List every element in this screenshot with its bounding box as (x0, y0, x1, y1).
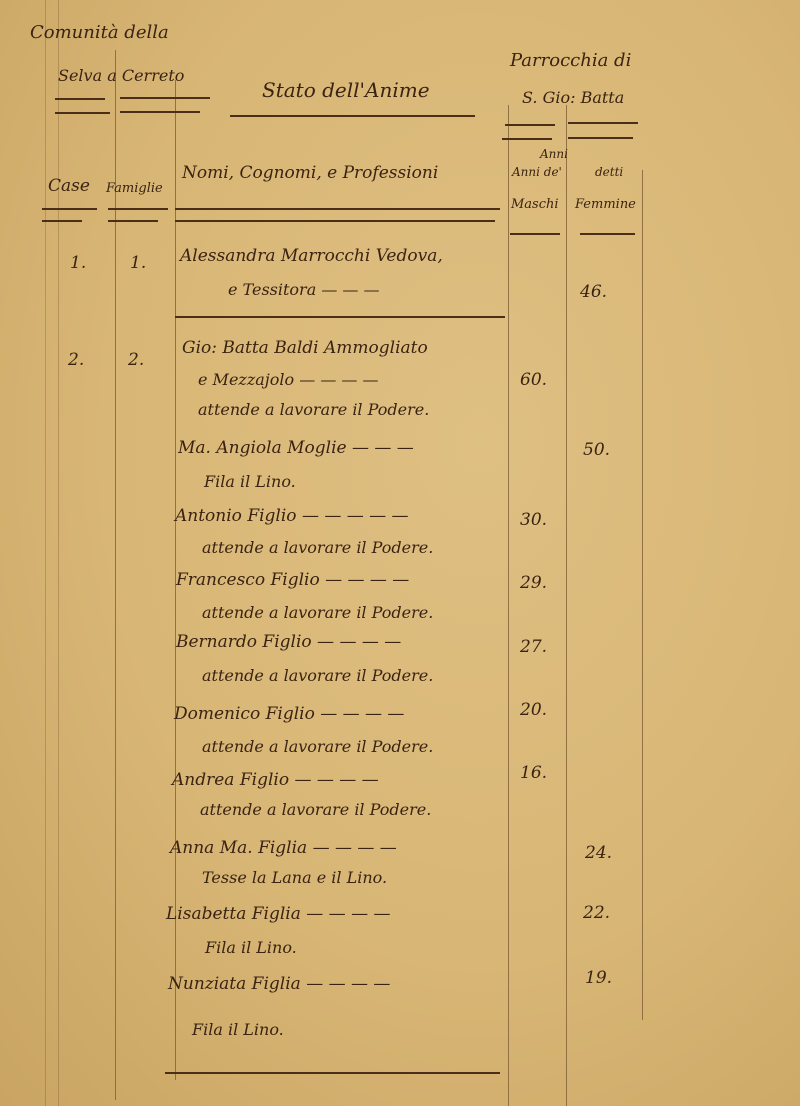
header-underline (55, 98, 105, 100)
member-detail: e Mezzajolo — — — — (198, 370, 379, 389)
member-detail: attende a lavorare il Podere. (202, 737, 433, 756)
female-age: 22. (583, 903, 610, 923)
header-underline (502, 138, 552, 140)
member-detail: Fila il Lino. (205, 938, 297, 957)
margin-rule (45, 0, 46, 1106)
community-label-line1: Comunità della (30, 22, 169, 43)
column-header-rule (175, 208, 500, 210)
house-number: 1. (70, 253, 86, 273)
male-age: 16. (520, 763, 547, 783)
female-age: 19. (585, 968, 612, 988)
member-detail: attende a lavorare il Podere. (200, 800, 431, 819)
header-underline (120, 97, 210, 99)
male-age: 20. (520, 700, 547, 720)
column-header-females: Femmine (575, 197, 636, 212)
header-underline (120, 111, 200, 113)
member-detail: e Tessitora — — — (228, 280, 380, 299)
community-label-line2: Selva a Cerreto (58, 66, 184, 85)
document-title: Stato dell'Anime (262, 78, 430, 102)
houses-column-rule (58, 0, 59, 1106)
member-name: Antonio Figlio — — — — — (175, 506, 409, 526)
page-end-rule (165, 1072, 500, 1074)
female-age: 50. (583, 440, 610, 460)
females-column-rule (566, 105, 567, 1106)
member-detail: Tesse la Lana e il Lino. (202, 868, 387, 887)
family-number: 2. (128, 350, 144, 370)
parish-label-line2: S. Gio: Batta (522, 88, 624, 107)
column-header-rule (108, 208, 168, 210)
member-detail: attende a lavorare il Podere. (202, 666, 433, 685)
column-header-rule (580, 233, 635, 235)
header-underline (55, 112, 110, 114)
header-underline (505, 124, 555, 126)
member-detail: attende a lavorare il Podere. (202, 538, 433, 557)
member-name: Anna Ma. Figlia — — — — (170, 838, 397, 858)
parish-label-line1: Parrocchia di (510, 50, 631, 71)
member-name: Ma. Angiola Moglie — — — (178, 438, 414, 458)
column-header-years-of: Anni de' (512, 165, 562, 179)
column-header-rule (510, 233, 560, 235)
column-header-rule (42, 208, 97, 210)
member-name: Francesco Figlio — — — — (176, 570, 409, 590)
member-name: Lisabetta Figlia — — — — (166, 904, 390, 924)
female-age: 24. (585, 843, 612, 863)
male-age: 60. (520, 370, 547, 390)
member-detail: Fila il Lino. (204, 472, 296, 491)
right-column-rule (642, 170, 643, 1020)
member-name: Nunziata Figlia — — — — (168, 974, 390, 994)
member-name: Gio: Batta Baldi Ammogliato (182, 338, 428, 358)
family-number: 1. (130, 253, 146, 273)
female-age: 46. (580, 282, 607, 302)
house-number: 2. (68, 350, 84, 370)
column-header-houses: Case (48, 176, 90, 196)
column-header-rule (175, 220, 495, 222)
male-age: 30. (520, 510, 547, 530)
member-detail: Fila il Lino. (192, 1020, 284, 1039)
member-name: Domenico Figlio — — — — (174, 704, 404, 724)
male-age: 29. (520, 573, 547, 593)
males-column-rule (508, 105, 509, 1106)
member-detail: attende a lavorare il Podere. (198, 400, 429, 419)
column-header-families: Famiglie (106, 181, 163, 196)
male-age: 27. (520, 637, 547, 657)
column-header-rule (42, 220, 82, 222)
column-header-years-della: detti (595, 165, 623, 179)
member-name: Alessandra Marrocchi Vedova, (180, 246, 443, 266)
member-detail: attende a lavorare il Podere. (202, 603, 433, 622)
member-name: Andrea Figlio — — — — (172, 770, 379, 790)
member-name: Bernardo Figlio — — — — (176, 632, 401, 652)
column-header-years-label: Anni (540, 147, 568, 161)
column-header-names: Nomi, Cognomi, e Professioni (182, 163, 438, 183)
column-header-males: Maschi (511, 197, 559, 212)
column-header-rule (108, 220, 158, 222)
header-underline (568, 122, 638, 124)
title-underline (230, 115, 475, 117)
household-separator (175, 316, 505, 318)
header-underline (568, 137, 633, 139)
